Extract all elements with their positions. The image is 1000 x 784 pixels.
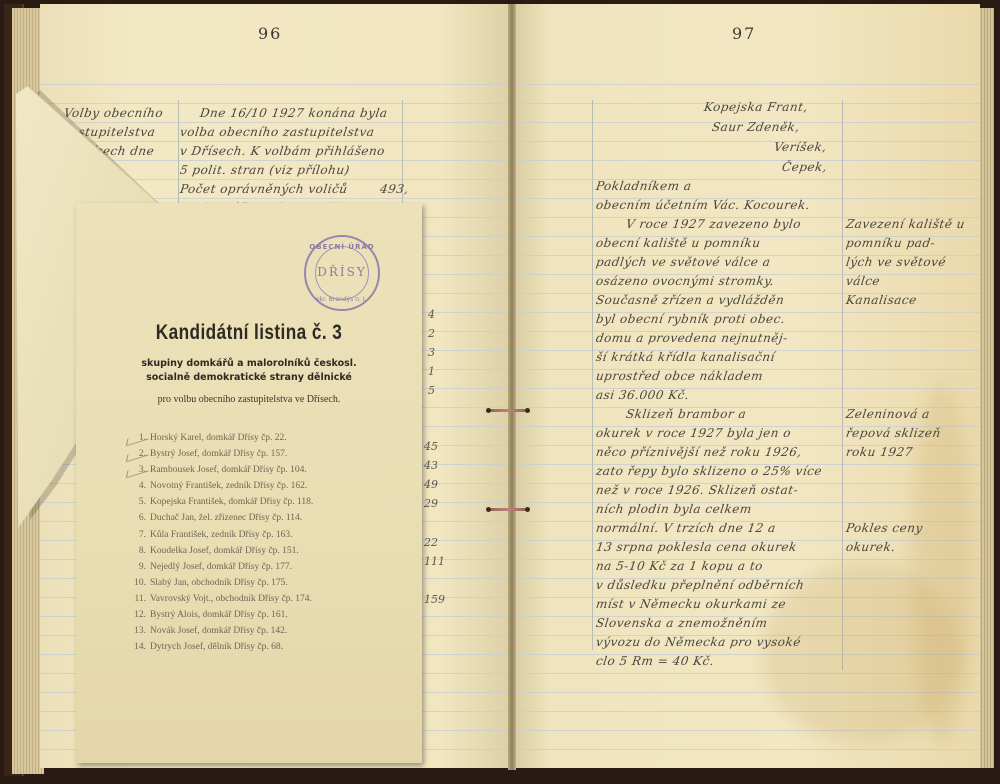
- vote-count: 3: [428, 346, 435, 359]
- side-note-line: Pokles ceny: [845, 521, 924, 535]
- chronicle-line: byl obecní rybník proti obec.: [595, 312, 786, 326]
- candidate-item: 13.Novák Josef, domkář Dřísy čp. 142.: [130, 626, 313, 642]
- candidate-text: Novotný František, zedník Dřísy čp. 162.: [150, 481, 307, 491]
- candidate-list: 1.Horský Karel, domkář Dřísy čp. 22.2.By…: [130, 433, 313, 658]
- leaflet-title: Kandidátní listina č. 3: [107, 321, 391, 345]
- vote-count: 111: [424, 555, 445, 568]
- vote-count: 1: [428, 365, 435, 378]
- chronicle-line: padlých ve světové válce a: [595, 255, 771, 269]
- entry-line: v Dřísech. K volbám přihlášeno: [179, 144, 386, 158]
- side-note-line: roku 1927: [845, 445, 914, 459]
- candidate-text: Rambousek Josef, domkář Dřísy čp. 104.: [150, 465, 307, 475]
- candidate-number: 8.: [130, 546, 146, 556]
- candidate-item: 6.Duchač Jan, žel. zřízenec Dřísy čp. 11…: [130, 513, 313, 529]
- entry-line: 5 polit. stran (viz přílohu): [179, 163, 351, 177]
- vote-count: 2: [428, 327, 435, 340]
- page-number-left: 96: [258, 24, 282, 43]
- side-note-line: válce: [845, 274, 881, 288]
- candidate-text: Bystrý Josef, domkář Dřísy čp. 157.: [150, 449, 287, 459]
- vote-count: 29: [424, 497, 438, 510]
- candidate-number: 12.: [130, 610, 146, 620]
- chronicle-line: clo 5 Rm = 40 Kč.: [595, 654, 715, 668]
- left-margin-line: [592, 100, 593, 650]
- member-name: Kopejska Frant,: [703, 100, 809, 114]
- margin-note-line: zastupitelstva: [63, 125, 156, 139]
- leaflet-subtitle: skupiny domkářů a malorolníků českosl.: [76, 358, 422, 369]
- candidate-number: 6.: [130, 513, 146, 523]
- entry-line: Dne 16/10 1927 konána byla: [199, 106, 389, 120]
- binding-stitch: [488, 409, 528, 412]
- candidate-text: Slabý Jan, obchodník Dřísy čp. 175.: [150, 578, 288, 588]
- candidate-number: 11.: [130, 594, 146, 604]
- candidate-text: Koudelka Josef, domkář Dřísy čp. 151.: [150, 546, 299, 556]
- chronicle-line: V roce 1927 zavezeno bylo: [625, 217, 802, 231]
- treasurer-line: obecním účetním Vác. Kocourek.: [595, 198, 811, 212]
- member-name: Čepek,: [781, 160, 828, 174]
- side-note-line: Kanalisace: [845, 293, 918, 307]
- candidate-number: 14.: [130, 642, 146, 652]
- candidate-item: 8.Koudelka Josef, domkář Dřísy čp. 151.: [130, 546, 313, 562]
- leaflet-purpose: pro volbu obecního zastupitelstva ve Dří…: [76, 394, 422, 405]
- member-name: Saur Zdeněk,: [711, 120, 801, 134]
- candidate-text: Dytrych Josef, dělník Dřísy čp. 68.: [150, 642, 283, 652]
- candidate-item: 11.Vavrovský Vojt., obchodník Dřísy čp. …: [130, 594, 313, 610]
- candidate-item: 14.Dytrych Josef, dělník Dřísy čp. 68.: [130, 642, 313, 658]
- treasurer-line: Pokladníkem a: [595, 179, 693, 193]
- chronicle-line: obecní kaliště u pomníku: [595, 236, 761, 250]
- municipal-stamp: OBECNÍ ÚŘAD DŘÍSY okr. Brandýs n. L.: [304, 235, 380, 311]
- page-number-right: 97: [732, 24, 756, 43]
- chronicle-line: zato řepy bylo sklizeno o 25% více: [595, 464, 823, 478]
- candidate-item: 4.Novotný František, zedník Dřísy čp. 16…: [130, 481, 313, 497]
- entry-line: volba obecního zastupitelstva: [179, 125, 375, 139]
- vote-count: 22: [424, 536, 438, 549]
- member-name: Veríšek,: [773, 140, 828, 154]
- vote-count: 43: [424, 459, 438, 472]
- candidate-item: 12.Bystrý Alois, domkář Dřísy čp. 161.: [130, 610, 313, 626]
- chronicle-line: ních plodin byla celkem: [595, 502, 753, 516]
- candidate-list-leaflet: OBECNÍ ÚŘAD DŘÍSY okr. Brandýs n. L. Kan…: [76, 203, 422, 763]
- candidate-item: 7.Kůla František, zedník Dřísy čp. 163.: [130, 530, 313, 546]
- side-note-line: Zeleninová a: [845, 407, 931, 421]
- chronicle-line: Sklizeň brambor a: [625, 407, 747, 421]
- candidate-item: 1.Horský Karel, domkář Dřísy čp. 22.: [130, 433, 313, 449]
- candidate-item: 5.Kopejska František, domkář Dřísy čp. 1…: [130, 497, 313, 513]
- candidate-number: 5.: [130, 497, 146, 507]
- candidate-number: 9.: [130, 562, 146, 572]
- chronicle-line: vývozu do Německa pro vysoké: [595, 635, 802, 649]
- candidate-text: Novák Josef, domkář Dřísy čp. 142.: [150, 626, 287, 636]
- candidate-number: 10.: [130, 578, 146, 588]
- candidate-number: 13.: [130, 626, 146, 636]
- chronicle-line: domu a provedena nejnutněj-: [595, 331, 789, 345]
- chronicle-line: míst v Německu okurkami ze: [595, 597, 787, 611]
- chronicle-line: Současně zřízen a vydlážděn: [595, 293, 785, 307]
- margin-note-line: v Dřísech dne: [63, 144, 155, 158]
- chronicle-line: Slovenska a znemožněním: [595, 616, 769, 630]
- vote-count: 45: [424, 440, 438, 453]
- candidate-text: Bystrý Alois, domkář Dřísy čp. 161.: [150, 610, 288, 620]
- vote-count: 5: [428, 384, 435, 397]
- chronicle-line: v důsledku přeplnění odběrních: [595, 578, 805, 592]
- candidate-item: 10.Slabý Jan, obchodník Dřísy čp. 175.: [130, 578, 313, 594]
- candidate-item: 2.Bystrý Josef, domkář Dřísy čp. 157.: [130, 449, 313, 465]
- candidate-item: 3.Rambousek Josef, domkář Dřísy čp. 104.: [130, 465, 313, 481]
- side-note-line: okurek.: [845, 540, 897, 554]
- leaflet-subtitle: socialně demokratické strany dělnické: [76, 372, 422, 383]
- chronicle-line: ší krátká křídla kanalisační: [595, 350, 776, 364]
- candidate-item: 9.Nejedlý Josef, domkář Dřísy čp. 177.: [130, 562, 313, 578]
- book-gutter: [508, 4, 516, 770]
- chronicle-line: na 5-10 Kč za 1 kopu a to: [595, 559, 764, 573]
- chronicle-line: okurek v roce 1927 byla jen o: [595, 426, 792, 440]
- chronicle-line: 13 srpna poklesla cena okurek: [595, 540, 798, 554]
- vote-count: 49: [424, 478, 438, 491]
- side-note-line: Zavezení kaliště u: [845, 217, 966, 231]
- chronicle-line: asi 36.000 Kč.: [595, 388, 690, 402]
- side-note-line: lých ve světové: [845, 255, 947, 269]
- entry-line: Počet oprávněných voličů: [179, 182, 349, 196]
- right-page: 97 Kopejska Frant, Saur Zdeněk, Veríšek,…: [512, 4, 980, 768]
- side-note-line: pomníku pad-: [845, 236, 936, 250]
- side-note-line: řepová sklizeň: [845, 426, 942, 440]
- chronicle-line: uprostřed obce nákladem: [595, 369, 764, 383]
- chronicle-line: něco příznivější než roku 1926,: [595, 445, 803, 459]
- candidate-text: Nejedlý Josef, domkář Dřísy čp. 177.: [150, 562, 292, 572]
- vote-count: 4: [428, 308, 435, 321]
- candidate-number: 7.: [130, 530, 146, 540]
- candidate-text: Kůla František, zedník Dřísy čp. 163.: [150, 530, 292, 540]
- binding-stitch: [488, 508, 528, 511]
- candidate-text: Vavrovský Vojt., obchodník Dřísy čp. 174…: [150, 594, 312, 604]
- chronicle-line: osázeno ovocnými stromky.: [595, 274, 775, 288]
- candidate-text: Horský Karel, domkář Dřísy čp. 22.: [150, 433, 287, 443]
- eligible-voters-value: 493,: [379, 182, 410, 196]
- vote-count: 159: [424, 593, 445, 606]
- candidate-text: Duchač Jan, žel. zřízenec Dřísy čp. 114.: [150, 513, 302, 523]
- candidate-number: 4.: [130, 481, 146, 491]
- open-ledger-book: 96 Volby obecního zastupitelstva v Dříse…: [0, 0, 1000, 784]
- chronicle-line: než v roce 1926. Sklizeň ostat-: [595, 483, 799, 497]
- candidate-text: Kopejska František, domkář Dřísy čp. 118…: [150, 497, 313, 507]
- chronicle-line: normální. V trzích dne 12 a: [595, 521, 777, 535]
- margin-note-line: Volby obecního: [63, 106, 164, 120]
